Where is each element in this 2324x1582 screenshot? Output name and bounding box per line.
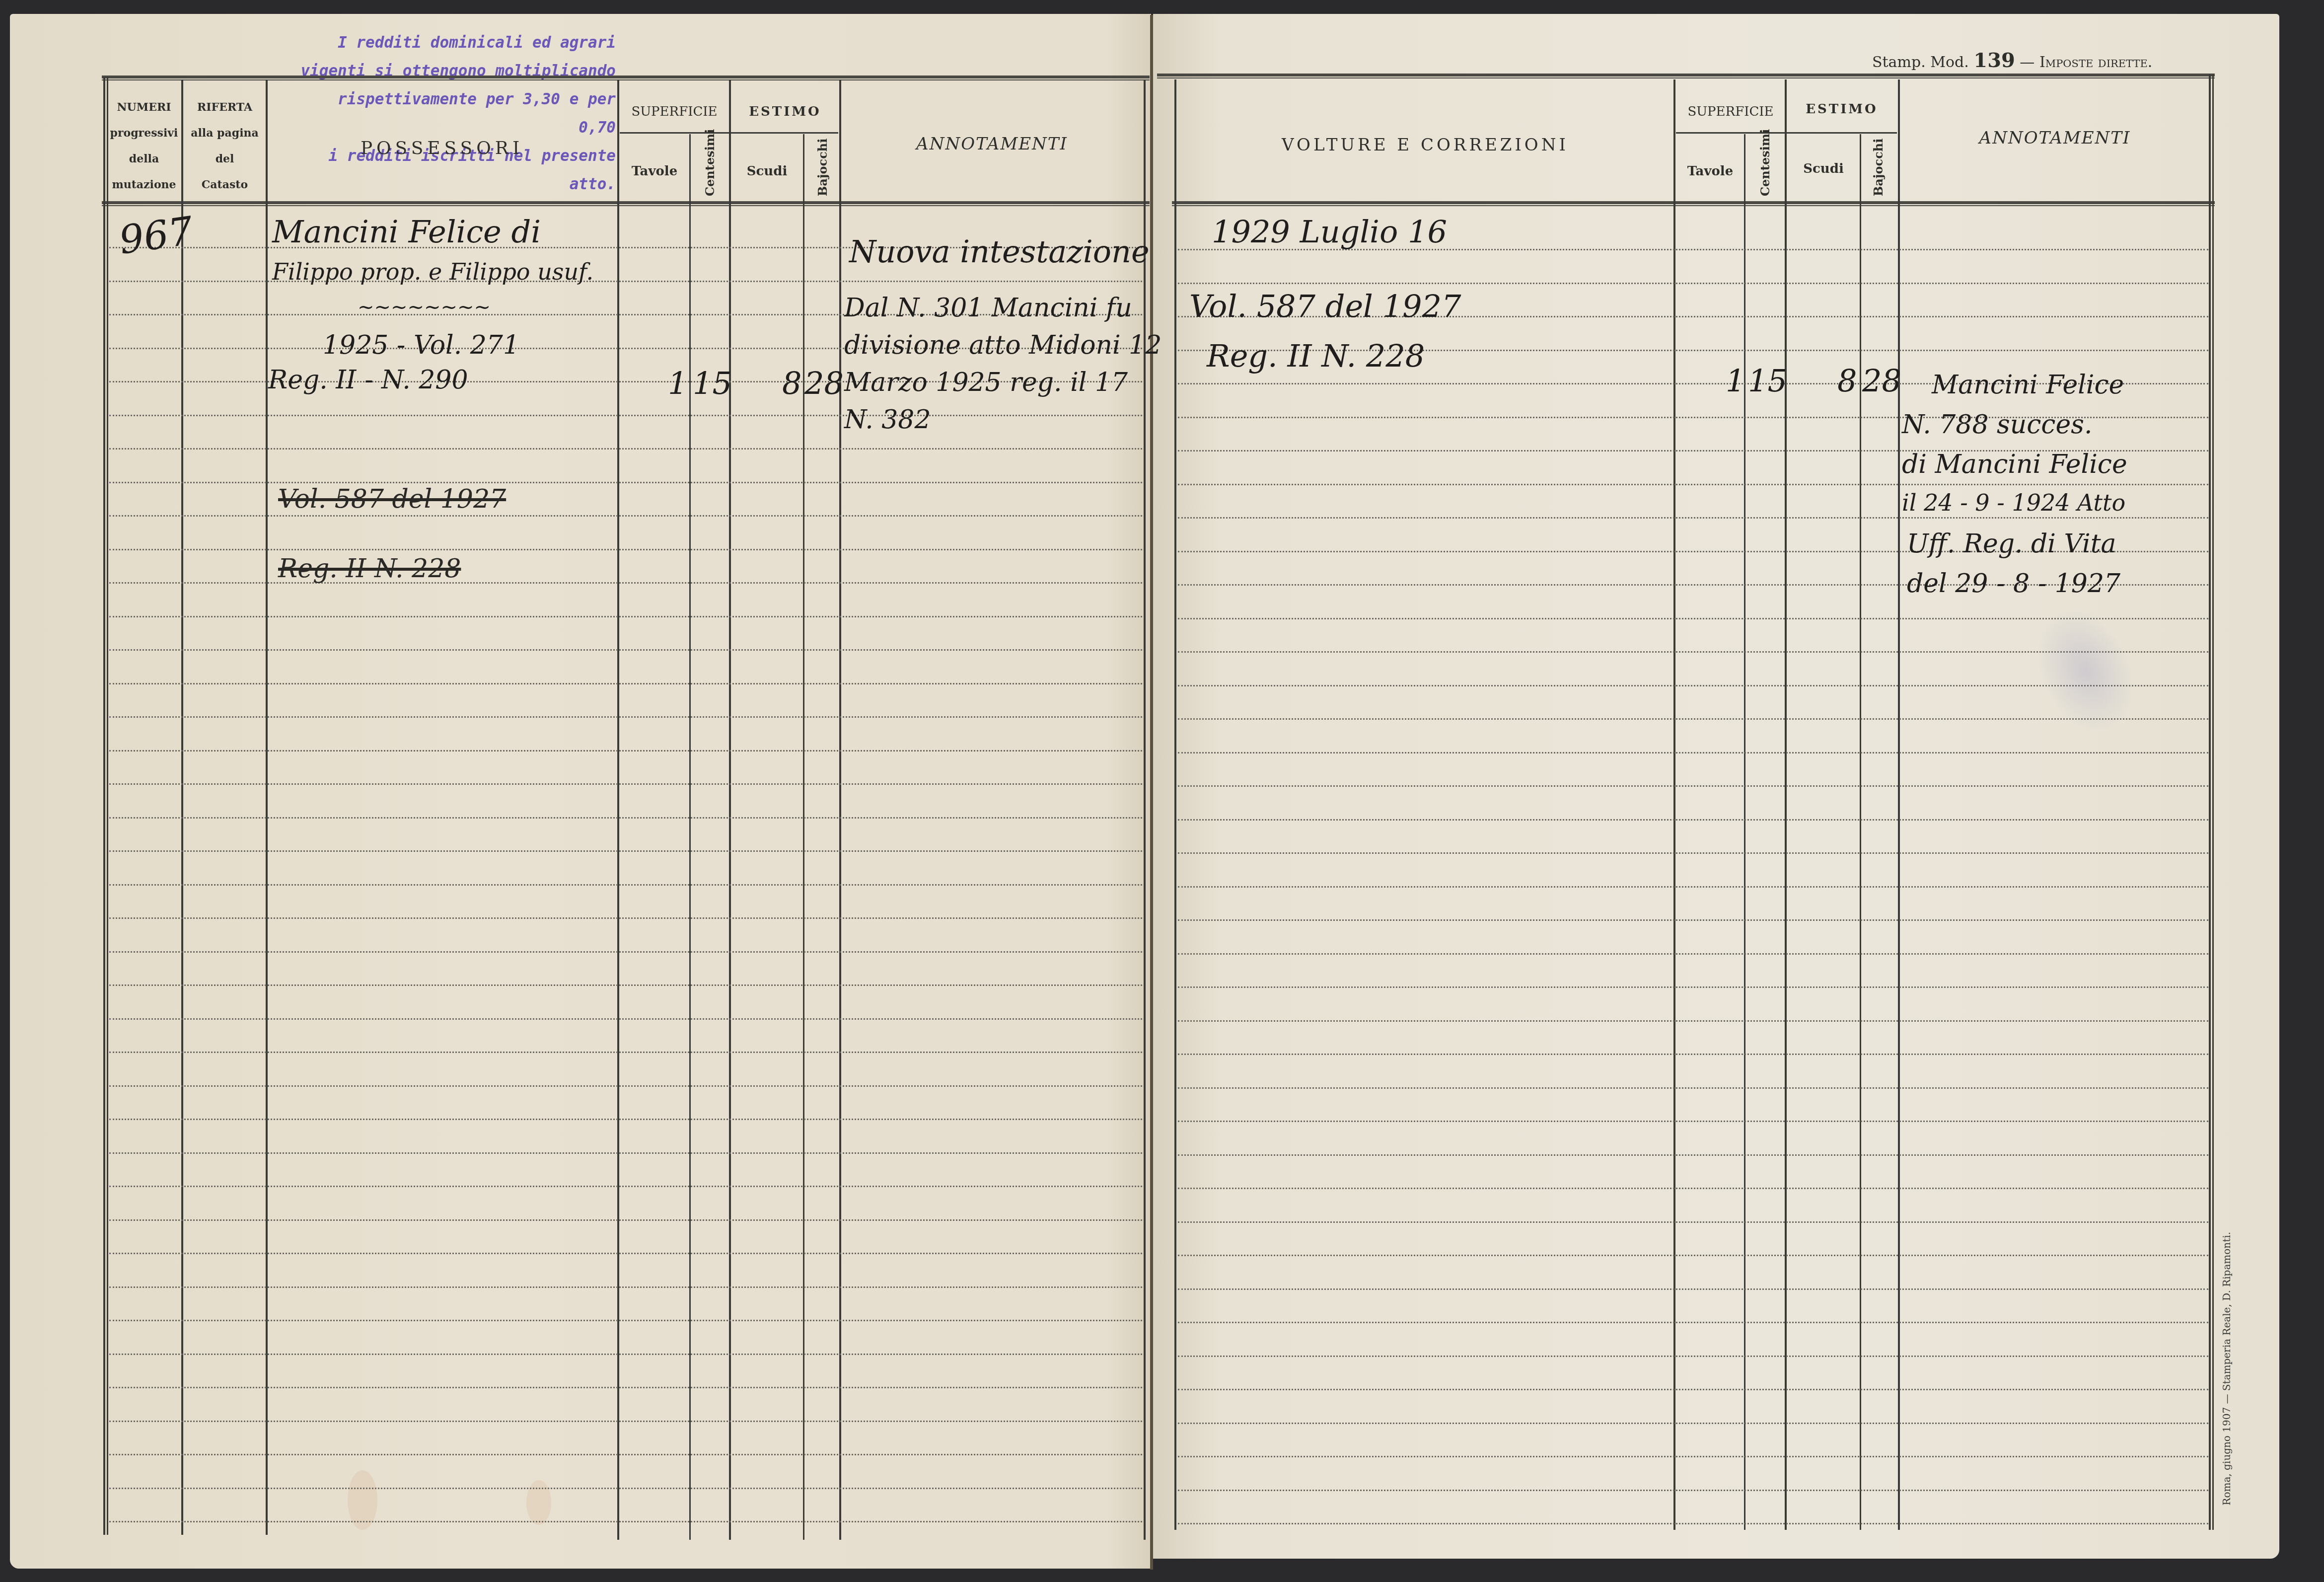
ruled-line <box>109 984 1142 986</box>
left-table-top-border <box>102 75 1150 80</box>
ruled-line <box>1178 1221 2208 1223</box>
voltura-line: 1929 Luglio 16 <box>1212 214 1447 250</box>
possessori-line: Mancini Felice di <box>272 214 541 250</box>
col-divider <box>1744 134 1745 1530</box>
header-scudi: Scudi <box>1787 161 1860 176</box>
ruled-line <box>109 1119 1142 1120</box>
possessori-separator: ~~~~~~~~ <box>358 296 491 318</box>
ruled-line <box>1178 1523 2208 1524</box>
bajocchi-value: 28 <box>1862 363 1901 399</box>
ruled-line <box>109 1286 1142 1288</box>
struck-out-line: Reg. II N. 228 <box>278 554 461 584</box>
ruled-line <box>1178 886 2208 888</box>
header-volture-correzioni: VOLTURE E CORREZIONI <box>1177 135 1673 155</box>
ruled-line <box>109 1018 1142 1020</box>
tavole-value: 1 <box>1726 363 1745 399</box>
form-model-label: Stamp. Mod. 139 — Imposte dirette. <box>1872 49 2152 72</box>
ruled-line <box>109 716 1142 718</box>
tavole-value: 1 <box>668 365 687 401</box>
ruled-line <box>109 1488 1142 1489</box>
annotamento-line: il 24 - 9 - 1924 Atto <box>1902 489 2125 516</box>
ruled-line <box>1178 1087 2208 1089</box>
left-table-right-border <box>1144 79 1146 1540</box>
ruled-line <box>109 884 1142 886</box>
header-centesimi: Centesimi <box>703 142 717 196</box>
centesimi-value: 15 <box>1748 363 1787 399</box>
right-header-bottom-border <box>1172 201 2215 206</box>
header-centesimi: Centesimi <box>1758 142 1772 196</box>
col-divider <box>181 79 183 1535</box>
subheader-divider <box>1676 132 1897 134</box>
header-riferta: RIFERTAalla paginadelCatasto <box>184 94 266 198</box>
annotamento-line: Mancini Felice <box>1932 370 2124 400</box>
ruled-line <box>109 281 1142 282</box>
ruled-line <box>1178 1154 2208 1156</box>
possessori-line: 1925 - Vol. 271 <box>323 330 519 360</box>
bajocchi-value: 28 <box>804 365 844 401</box>
ruled-line <box>1178 1188 2208 1189</box>
header-annotamenti: ANNOTAMENTI <box>842 134 1142 154</box>
header-possessori: POSSESSORI <box>268 138 616 158</box>
col-divider <box>1785 79 1787 1530</box>
scudi-value: 8 <box>782 365 801 401</box>
possessori-line: Filippo prop. e Filippo usuf. <box>272 258 593 285</box>
ruled-line <box>109 750 1142 752</box>
annotamento-line: Marzo 1925 reg. il 17 <box>844 368 1128 397</box>
header-bajocchi: Bajocchi <box>1871 144 1886 196</box>
ruled-line <box>109 850 1142 852</box>
ruled-line <box>1178 953 2208 955</box>
header-annotamenti: ANNOTAMENTI <box>1901 128 2209 148</box>
ruled-line <box>1178 852 2208 854</box>
annotamento-line: Nuova intestazione <box>849 233 1150 270</box>
ruled-line <box>1178 283 2208 284</box>
ruled-line <box>109 649 1142 651</box>
right-table-left-border <box>1174 79 1176 1530</box>
ruled-line <box>1178 718 2208 720</box>
annotamento-line: Dal N. 301 Mancini fu <box>844 293 1132 323</box>
ruled-line <box>1178 919 2208 921</box>
ruled-line <box>1178 1423 2208 1424</box>
voltura-line: Reg. II N. 228 <box>1207 338 1425 374</box>
ruled-line <box>109 1152 1142 1154</box>
ruled-line <box>109 448 1142 450</box>
header-bajocchi: Bajocchi <box>815 144 830 196</box>
annotamento-line: N. 788 succes. <box>1902 410 2092 440</box>
ruled-line <box>109 683 1142 684</box>
ruled-line <box>109 1052 1142 1053</box>
annotamento-line: del 29 - 8 - 1927 <box>1907 569 2120 599</box>
book-gutter <box>1150 15 1153 1570</box>
ruled-line <box>1178 819 2208 821</box>
ruled-line <box>109 917 1142 919</box>
right-table-top-border <box>1157 74 2215 78</box>
paper-stain <box>526 1480 551 1525</box>
header-estimo: ESTIMO <box>731 104 839 119</box>
ruled-line <box>1178 986 2208 988</box>
ruled-line <box>109 1354 1142 1355</box>
header-superficie: SUPERFICIE <box>620 104 729 119</box>
ruled-line <box>1178 1490 2208 1491</box>
right-table-right-border <box>2209 75 2214 1530</box>
ruled-line <box>109 1253 1142 1254</box>
annotamento-line: divisione atto Midoni 12 <box>844 330 1162 360</box>
ruled-line <box>1178 484 2208 485</box>
annotamento-line: di Mancini Felice <box>1902 450 2127 479</box>
ruled-line <box>109 1521 1142 1522</box>
ruled-line <box>1178 517 2208 519</box>
ruled-line <box>109 1421 1142 1422</box>
ruled-line <box>109 549 1142 550</box>
ruled-line <box>1178 1020 2208 1022</box>
voltura-line: Vol. 587 del 1927 <box>1189 288 1461 324</box>
ruled-line <box>109 515 1142 517</box>
header-numeri: NUMERIprogressividellamutazione <box>107 94 181 198</box>
purple-ink-stamp: I redditi dominicali ed agrari vigenti s… <box>298 29 616 199</box>
left-table-left-border <box>103 77 108 1535</box>
ruled-line <box>109 783 1142 785</box>
ruled-line <box>1178 1121 2208 1122</box>
centesimi-value: 15 <box>693 365 732 401</box>
ruled-line <box>109 482 1142 483</box>
ruled-line <box>109 1186 1142 1187</box>
printer-imprint: Roma, giugno 1907 — Stamperia Reale, D. … <box>2221 1232 2233 1506</box>
ruled-line <box>109 1320 1142 1321</box>
col-divider <box>803 134 804 1540</box>
header-estimo: ESTIMO <box>1787 102 1897 117</box>
header-tavole: Tavole <box>620 164 689 179</box>
ruled-line <box>1178 1288 2208 1290</box>
col-divider <box>689 134 691 1540</box>
ruled-line <box>109 951 1142 953</box>
struck-out-line: Vol. 587 del 1927 <box>278 484 506 514</box>
ruled-line <box>1178 1255 2208 1256</box>
ruled-line <box>1178 1356 2208 1357</box>
ruled-line <box>1178 1322 2208 1323</box>
ruled-line <box>1178 1054 2208 1055</box>
ruled-line <box>109 1387 1142 1388</box>
col-divider <box>1898 79 1900 1530</box>
ruled-line <box>1178 1389 2208 1390</box>
header-superficie: SUPERFICIE <box>1676 104 1785 119</box>
subheader-divider <box>620 132 838 134</box>
ruled-line <box>109 415 1142 416</box>
scudi-value: 8 <box>1837 363 1857 399</box>
ruled-line <box>109 616 1142 617</box>
col-divider <box>1673 79 1675 1530</box>
header-tavole: Tavole <box>1676 164 1744 179</box>
annotamento-line: N. 382 <box>844 405 931 435</box>
ruled-line <box>109 1219 1142 1221</box>
annotamento-line: Uff. Reg. di Vita <box>1907 529 2116 559</box>
col-divider <box>266 79 268 1535</box>
ruled-line <box>1178 785 2208 787</box>
ruled-line <box>1178 1456 2208 1457</box>
col-divider <box>1860 134 1861 1530</box>
ruled-line <box>1178 752 2208 753</box>
ruled-line <box>109 582 1142 584</box>
left-header-bottom-border <box>102 201 1150 206</box>
ruled-line <box>109 1454 1142 1455</box>
ruled-line <box>109 1085 1142 1087</box>
possessori-line: Reg. II - N. 290 <box>268 365 468 395</box>
ruled-line <box>109 817 1142 819</box>
header-scudi: Scudi <box>731 164 803 179</box>
